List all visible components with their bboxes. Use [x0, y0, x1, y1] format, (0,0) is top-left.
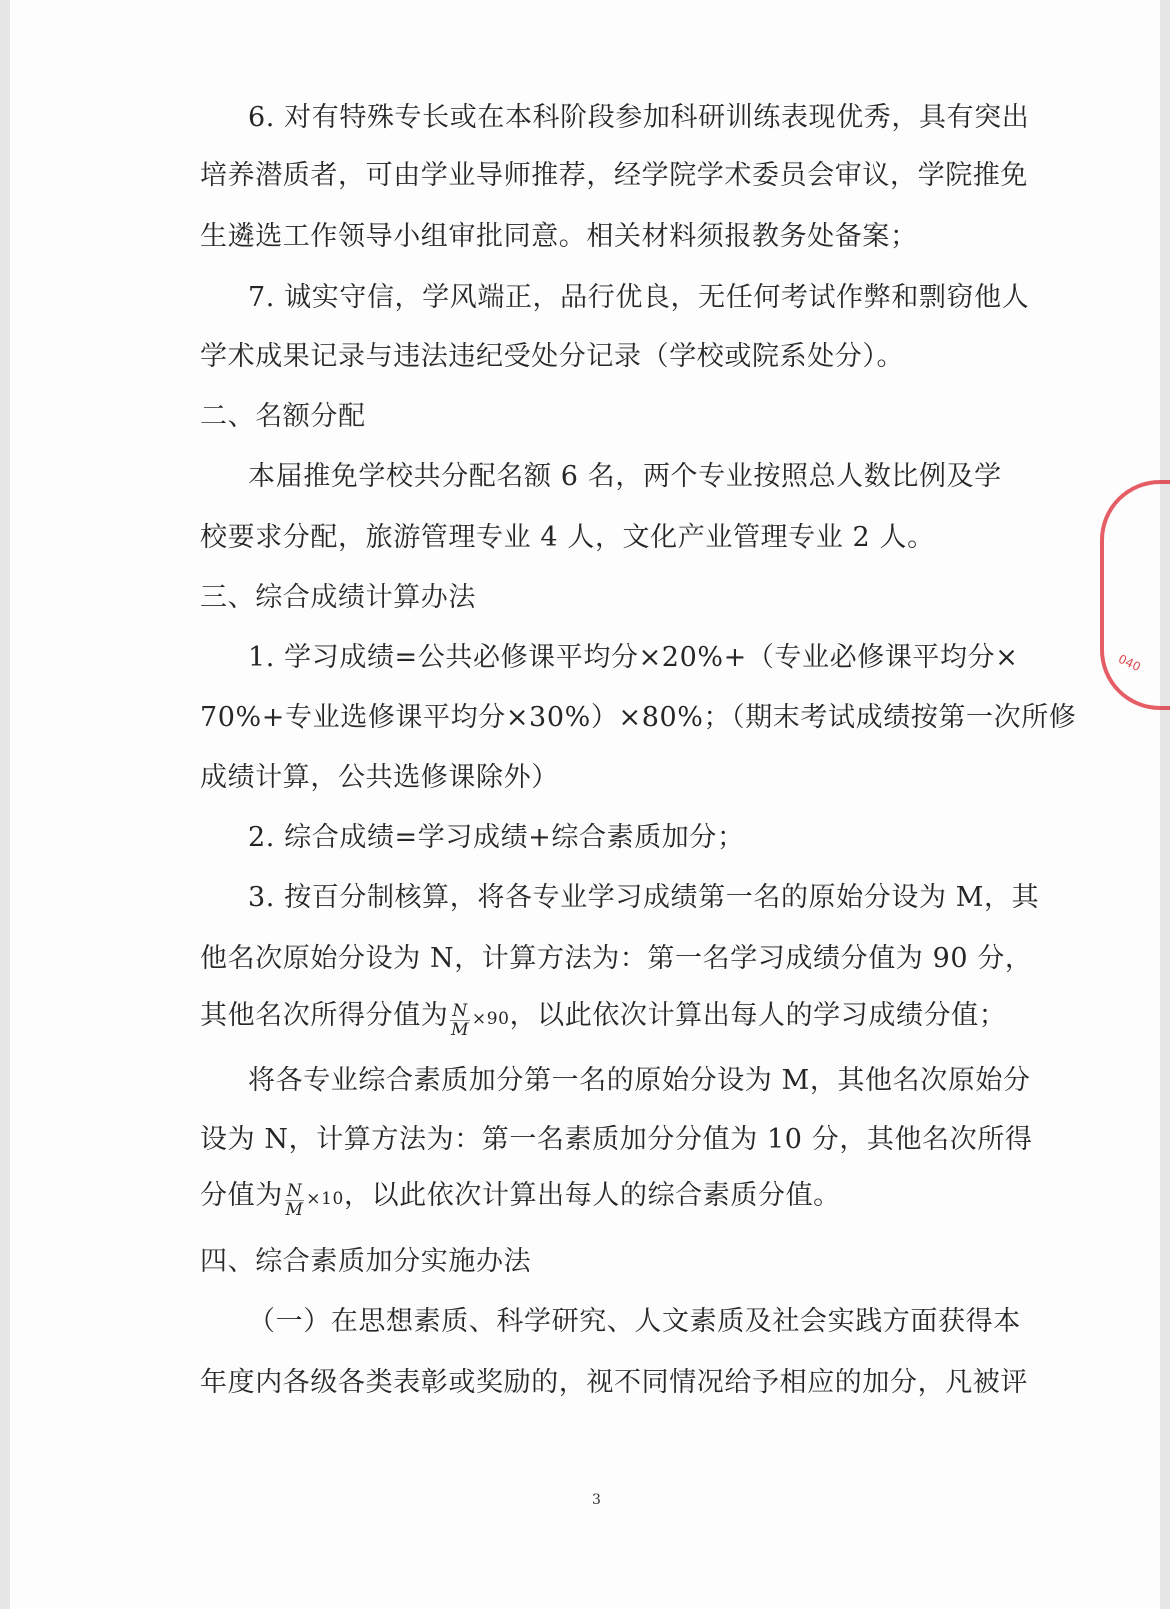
bonus-line1: （一）在思想素质、科学研究、人文素质及社会实践方面获得本 [248, 1304, 1021, 1340]
quality-line3: 分值为NM×10，以此依次计算出每人的综合素质分值。 [200, 1178, 841, 1217]
quality-line1: 将各专业综合素质加分第一名的原始分设为 M，其他名次原始分 [248, 1063, 1031, 1099]
red-seal-stamp [1100, 480, 1170, 710]
score-item3-line2: 他名次原始分设为 N，计算方法为：第一名学习成绩分值为 90 分， [200, 941, 1033, 977]
quality-line2: 设为 N，计算方法为：第一名素质加分分值为 10 分，其他名次所得 [200, 1122, 1033, 1158]
paragraph-item7-line2: 学术成果记录与违法违纪受处分记录（学校或院系处分）。 [200, 339, 904, 375]
quota-line1: 本届推免学校共分配名额 6 名，两个专业按照总人数比例及学 [248, 459, 1002, 495]
score-item3-line3-after: ，以此依次计算出每人的学习成绩分值； [510, 1000, 1007, 1031]
score-item3-line3: 其他名次所得分值为NM×90，以此依次计算出每人的学习成绩分值； [200, 998, 1006, 1037]
paragraph-item6-line2: 培养潜质者，可由学业导师推荐，经学院学术委员会审议，学院推免 [200, 158, 1028, 194]
multiplier-90: ×90 [472, 1009, 510, 1029]
paragraph-item6-line1: 6. 对有特殊专长或在本科阶段参加科研训练表现优秀，具有突出 [248, 100, 1029, 136]
quota-line2: 校要求分配，旅游管理专业 4 人，文化产业管理专业 2 人。 [200, 520, 935, 556]
score-item3-line3-before: 其他名次所得分值为 [200, 1000, 448, 1031]
score-item3-line1: 3. 按百分制核算，将各专业学习成绩第一名的原始分设为 M，其 [248, 880, 1039, 916]
bonus-line2: 年度内各级各类表彰或奖励的，视不同情况给予相应的加分，凡被评 [200, 1365, 1028, 1401]
paragraph-item7-line1: 7. 诚实守信，学风端正，品行优良，无任何考试作弊和剽窃他人 [248, 280, 1029, 316]
score-item1-line1: 1. 学习成绩=公共必修课平均分×20%+（专业必修课平均分× [248, 640, 1018, 676]
document-page: 6. 对有特殊专长或在本科阶段参加科研训练表现优秀，具有突出 培养潜质者，可由学… [10, 0, 1160, 1609]
section-heading-score-calc: 三、综合成绩计算办法 [200, 580, 476, 616]
quality-line3-before: 分值为 [200, 1180, 283, 1211]
score-item1-line2: 70%+专业选修课平均分×30%）×80%；（期末考试成绩按第一次所修 [200, 700, 1076, 736]
score-item1-line3: 成绩计算，公共选修课除外） [200, 760, 559, 796]
fraction-n-over-m: NM [285, 1182, 304, 1219]
section-heading-quality-bonus: 四、综合素质加分实施办法 [200, 1244, 531, 1280]
quality-line3-after: ，以此依次计算出每人的综合素质分值。 [344, 1180, 841, 1211]
score-item2: 2. 综合成绩=学习成绩+综合素质加分； [248, 820, 745, 856]
page-number: 3 [592, 1492, 601, 1508]
multiplier-10: ×10 [306, 1189, 344, 1209]
section-heading-quota: 二、名额分配 [200, 399, 366, 435]
fraction-n-over-m: NM [450, 1002, 469, 1039]
paragraph-item6-line3: 生遴选工作领导小组审批同意。相关材料须报教务处备案； [200, 219, 918, 255]
